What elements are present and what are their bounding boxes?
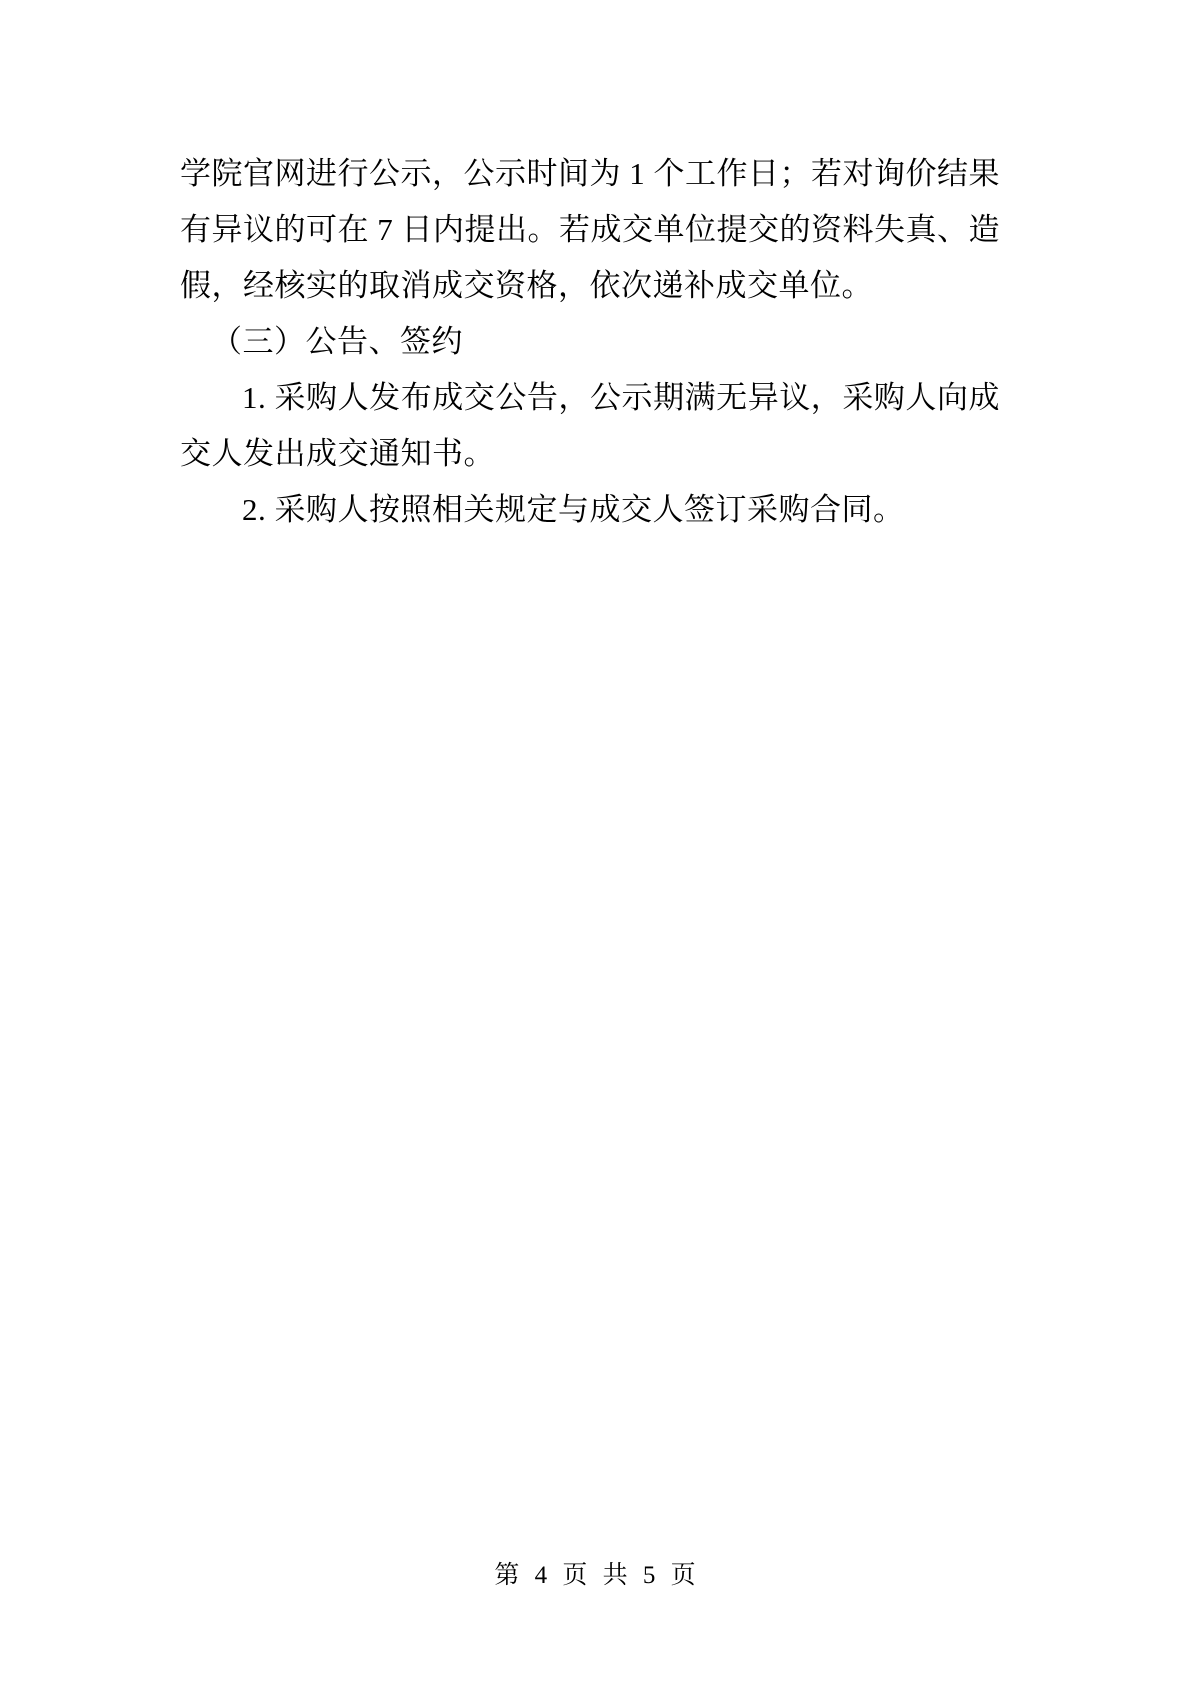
paragraph-body-continuation: 学院官网进行公示，公示时间为 1 个工作日；若对询价结果有异议的可在 7 日内提… xyxy=(180,146,1000,314)
document-body: 学院官网进行公示，公示时间为 1 个工作日；若对询价结果有异议的可在 7 日内提… xyxy=(180,146,1000,538)
page-footer: 第 4 页 共 5 页 xyxy=(0,1560,1191,1592)
section-heading: （三）公告、签约 xyxy=(180,314,1000,370)
numbered-item-1: 1. 采购人发布成交公告，公示期满无异议，采购人向成交人发出成交通知书。 xyxy=(180,370,1000,482)
numbered-item-2: 2. 采购人按照相关规定与成交人签订采购合同。 xyxy=(180,482,1000,538)
document-page: 学院官网进行公示，公示时间为 1 个工作日；若对询价结果有异议的可在 7 日内提… xyxy=(0,0,1191,1684)
